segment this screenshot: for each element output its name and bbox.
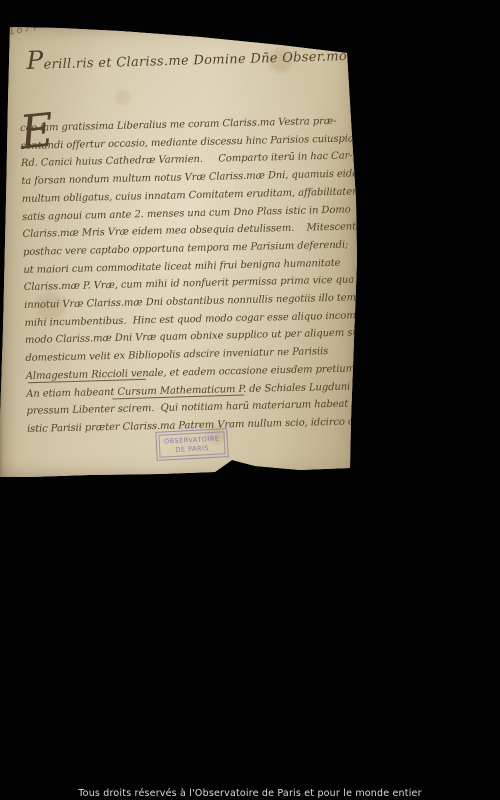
viewer-canvas: 1877 93 Perill.ris et Clariss.me Domine … <box>0 0 500 800</box>
archival-number: 1877 <box>7 19 41 37</box>
salutation-line: Perill.ris et Clariss.me Domine Dñe Obse… <box>26 38 327 75</box>
manuscript-body: cce iam gratissima Liberalius me coram C… <box>20 113 355 439</box>
observatory-stamp: OBSERVATOIRE DE PARIS <box>155 428 228 461</box>
folio-number: 93 <box>307 28 324 44</box>
observatory-stamp-text: OBSERVATOIRE DE PARIS <box>158 431 225 457</box>
manuscript-page: 1877 93 Perill.ris et Clariss.me Domine … <box>0 24 360 480</box>
copyright-caption: Tous droits réservés à l'Observatoire de… <box>0 788 500 799</box>
